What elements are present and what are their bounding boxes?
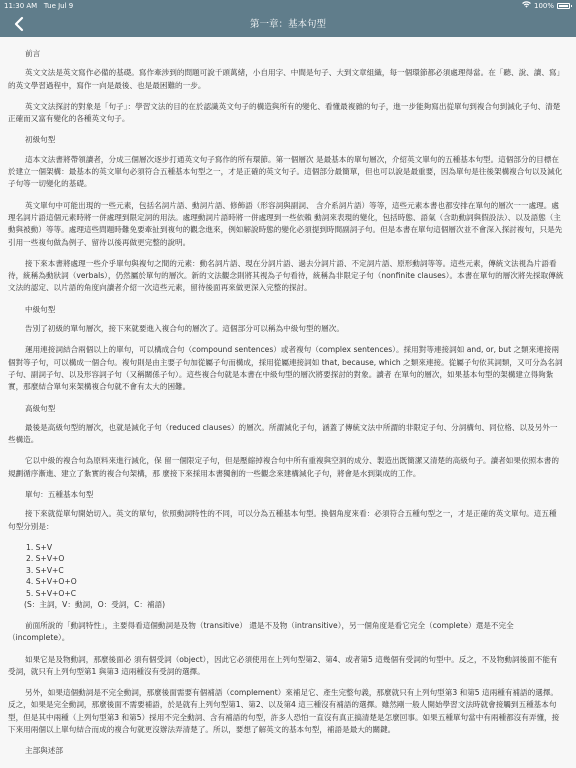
section-heading: 前言 <box>8 48 564 60</box>
paragraph: 另外，如果這個動詞是不完全動詞，那麼後面需要有個補語（complement）來補… <box>8 687 564 736</box>
paragraph: 這本文法書將帶領讀者，分成三個層次逐步打通英文句子寫作的所有環節。第一個層次 是… <box>8 154 564 191</box>
section-heading: 主部與述部 <box>8 745 564 757</box>
paragraph: 運用連接詞結合兩個以上的單句，可以構成合句（compound sentences… <box>8 344 564 393</box>
wifi-icon <box>522 0 531 12</box>
time-text: 11:30 AM <box>4 2 37 10</box>
status-time: 11:30 AM Tue Jul 9 <box>4 0 73 12</box>
paragraph: 告別了初級的單句層次，接下來就要進入複合句的層次了。這個部分可以稱為中級句型的層… <box>8 323 564 335</box>
section-heading: 高級句型 <box>8 403 564 415</box>
paragraph: 接下來本書將處理一些介乎單句與複句之間的元素：動名詞片語、現在分詞片語、過去分詞… <box>8 258 564 295</box>
status-indicators: 100% <box>522 0 570 12</box>
paragraph: 接下來就從單句開始切入。英文的單句，依照動詞特性的不同，可以分為五種基本句型。換… <box>8 508 564 533</box>
date-text: Tue Jul 9 <box>44 2 73 10</box>
sentence-pattern-list: 1. S+V 2. S+V+O 3. S+V+C 4. S+V+O+O 5. S… <box>8 542 564 611</box>
paragraph: 英文文法探討的對象是「句子」：學習文法的目的在於認識英文句子的構造與所有的變化、… <box>8 101 564 126</box>
paragraph: 如果它是及物動詞，那麼後面必 須有個受詞（object），因此它必須使用在上列句… <box>8 654 564 679</box>
section-heading: 初級句型 <box>8 134 564 146</box>
chapter-content[interactable]: 前言 英文文法是英文寫作必備的基礎。寫作牽涉到的問題可說千頭萬緒，小自用字、中間… <box>0 37 576 768</box>
page-title: 第一章：基本句型 <box>0 12 576 37</box>
section-heading: 中級句型 <box>8 304 564 316</box>
status-bar: 11:30 AM Tue Jul 9 100% <box>0 0 576 12</box>
battery-icon <box>557 3 570 9</box>
paragraph: 它以中級的複合句為原料來進行減化，保 留一個限定子句，但是壓縮掉複合句中所有重複… <box>8 455 564 480</box>
paragraph: 英文單句中可能出現的一些元素，包括名詞片語、動詞片語、修飾語（形容詞與副詞、 含… <box>8 200 564 249</box>
list-item: 3. S+V+C <box>26 565 564 577</box>
paragraph: 前面所說的「動詞特性」，主要得看這個動詞是及物（transitive） 還是不及… <box>8 620 564 645</box>
list-item: 5. S+V+O+C <box>26 588 564 600</box>
paragraph: 英文文法是英文寫作必備的基礎。寫作牽涉到的問題可說千頭萬緒，小自用字、中間是句子… <box>8 67 564 92</box>
nav-bar: 第一章：基本句型 <box>0 12 576 37</box>
battery-percent: 100% <box>534 0 554 12</box>
list-item: 2. S+V+O <box>26 553 564 565</box>
list-item: 1. S+V <box>26 542 564 554</box>
app-header: 11:30 AM Tue Jul 9 100% 第一章：基本句型 <box>0 0 576 37</box>
paragraph: 最後是高級句型的層次，也就是減化子句（reduced clauses）的層次。所… <box>8 422 564 447</box>
list-item: 4. S+V+O+O <box>26 576 564 588</box>
section-heading: 單句：五種基本句型 <box>8 489 564 501</box>
legend-text: (S：主詞，V：動詞，O：受詞，C：補語) <box>24 599 564 611</box>
